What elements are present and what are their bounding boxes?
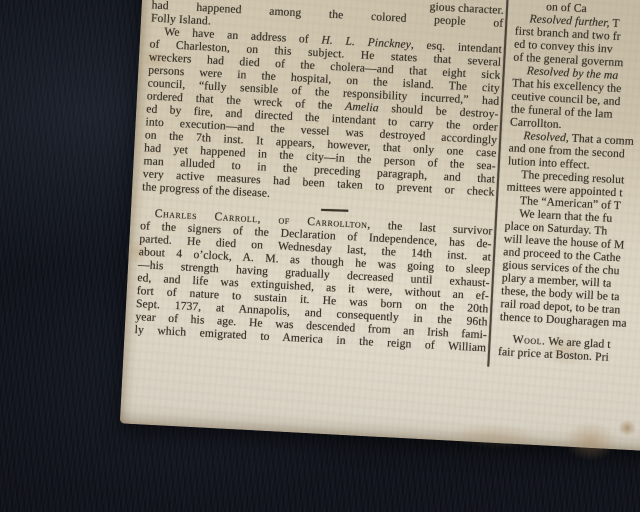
paper-stain: [563, 420, 617, 463]
newspaper-column-left: gious character.had happened among the c…: [134, 0, 504, 355]
newspaper-page: gious character.had happened among the c…: [120, 0, 640, 461]
paper-stain: [449, 421, 540, 452]
short-rule: [321, 209, 348, 212]
photo-background: gious character.had happened among the c…: [0, 0, 640, 512]
paper-stain: [618, 419, 637, 436]
newspaper-column-right: on of CaResolved further, Tfirst branch …: [498, 0, 640, 371]
